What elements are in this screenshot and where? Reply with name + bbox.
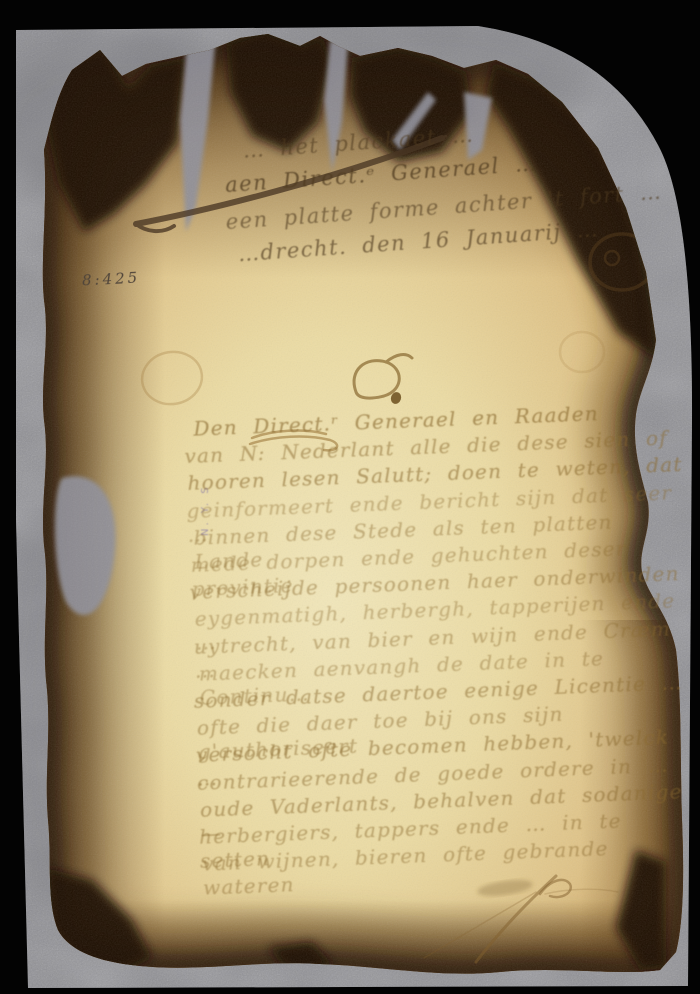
manuscript-text-block: Den Direct.ʳ Generael en Raaden van N: N… [183,398,700,897]
docket-annotation: … het plackaet … aen Direct.ᵉ Generael …… [224,108,694,300]
manuscript-photo: 8:425 N. Y. S … het plackaet … aen Direc… [0,0,700,994]
